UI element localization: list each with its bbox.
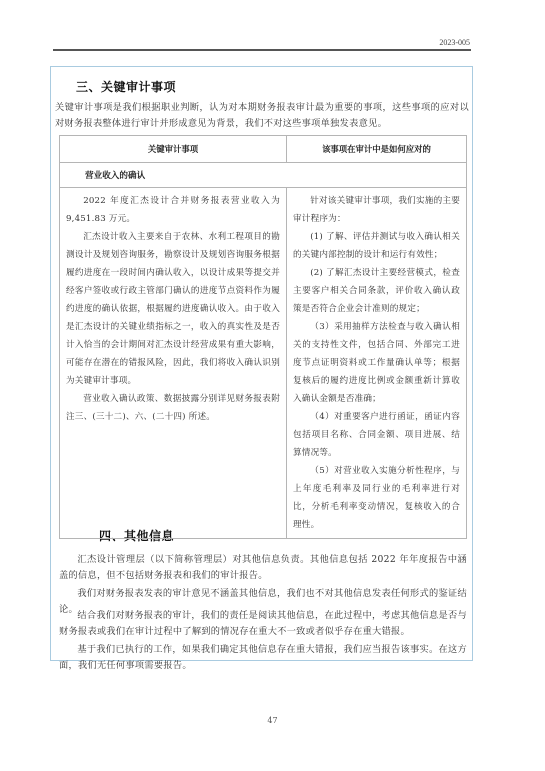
section-title-key-audit-matters: 三、关键审计事项 bbox=[76, 78, 176, 95]
table-subheading-row: 营业收入的确认 bbox=[60, 163, 467, 188]
response-paragraph: （5）对营业收入实施分析性程序，与上年度毛利率及同行业的毛利率进行对比，分析毛利… bbox=[293, 462, 460, 534]
matter-paragraph: 汇杰设计收入主要来自于农林、水利工程项目的勘测设计及规划咨询服务，勘察设计及规划… bbox=[66, 228, 280, 390]
response-paragraph: （3）采用抽样方法检查与收入确认相关的支持性文件，包括合同、外部完工进度节点证明… bbox=[293, 318, 460, 408]
matter-description-cell: 2022 年度汇杰设计合并财务报表营业收入为 9,451.83 万元。 汇杰设计… bbox=[60, 188, 287, 539]
table-header-row: 关键审计事项 该事项在审计中是如何应对的 bbox=[60, 136, 467, 163]
response-paragraph: (1) 了解、评估并测试与收入确认相关的关键内部控制的设计和运行有效性； bbox=[293, 228, 460, 264]
matter-paragraph: 2022 年度汇杰设计合并财务报表营业收入为 9,451.83 万元。 bbox=[66, 192, 280, 228]
table-row: 2022 年度汇杰设计合并财务报表营业收入为 9,451.83 万元。 汇杰设计… bbox=[60, 188, 467, 539]
response-paragraph: 针对该关键审计事项，我们实施的主要审计程序为： bbox=[293, 192, 460, 228]
audit-response-cell: 针对该关键审计事项，我们实施的主要审计程序为： (1) 了解、评估并测试与收入确… bbox=[287, 188, 467, 539]
column-header-matter: 关键审计事项 bbox=[60, 136, 287, 163]
page-number: 47 bbox=[0, 716, 545, 725]
other-info-paragraph: 汇杰设计管理层（以下简称管理层）对其他信息负责。其他信息包括 2022 年年度报… bbox=[59, 552, 467, 584]
column-header-response: 该事项在审计中是如何应对的 bbox=[287, 136, 467, 163]
matter-subheading: 营业收入的确认 bbox=[60, 163, 467, 188]
response-paragraph: (2) 了解汇杰设计主要经营模式，检查主要客户相关合同条款，评价收入确认政策是否… bbox=[293, 264, 460, 318]
other-info-paragraph: 基于我们已执行的工作，如果我们确定其他信息存在重大错报，我们应当报告该事实。在这… bbox=[59, 642, 467, 674]
other-info-paragraph: 结合我们对财务报表的审计，我们的责任是阅读其他信息，在此过程中，考虑其他信息是否… bbox=[59, 608, 467, 640]
matter-paragraph: 营业收入确认政策、数据披露分别详见财务报表附注三、(三十二)、六、(二十四) 所… bbox=[66, 390, 280, 426]
response-paragraph: （4）对重要客户进行函证，函证内容包括项目名称、合同金额、项目进展、结算情况等。 bbox=[293, 408, 460, 462]
doc-code: 2023-005 bbox=[439, 38, 470, 47]
header-rule bbox=[53, 49, 471, 51]
key-audit-matters-intro: 关键审计事项是我们根据职业判断，认为对本期财务报表审计最为重要的事项，这些事项的… bbox=[55, 100, 469, 132]
key-audit-matters-table: 关键审计事项 该事项在审计中是如何应对的 营业收入的确认 2022 年度汇杰设计… bbox=[59, 135, 467, 539]
